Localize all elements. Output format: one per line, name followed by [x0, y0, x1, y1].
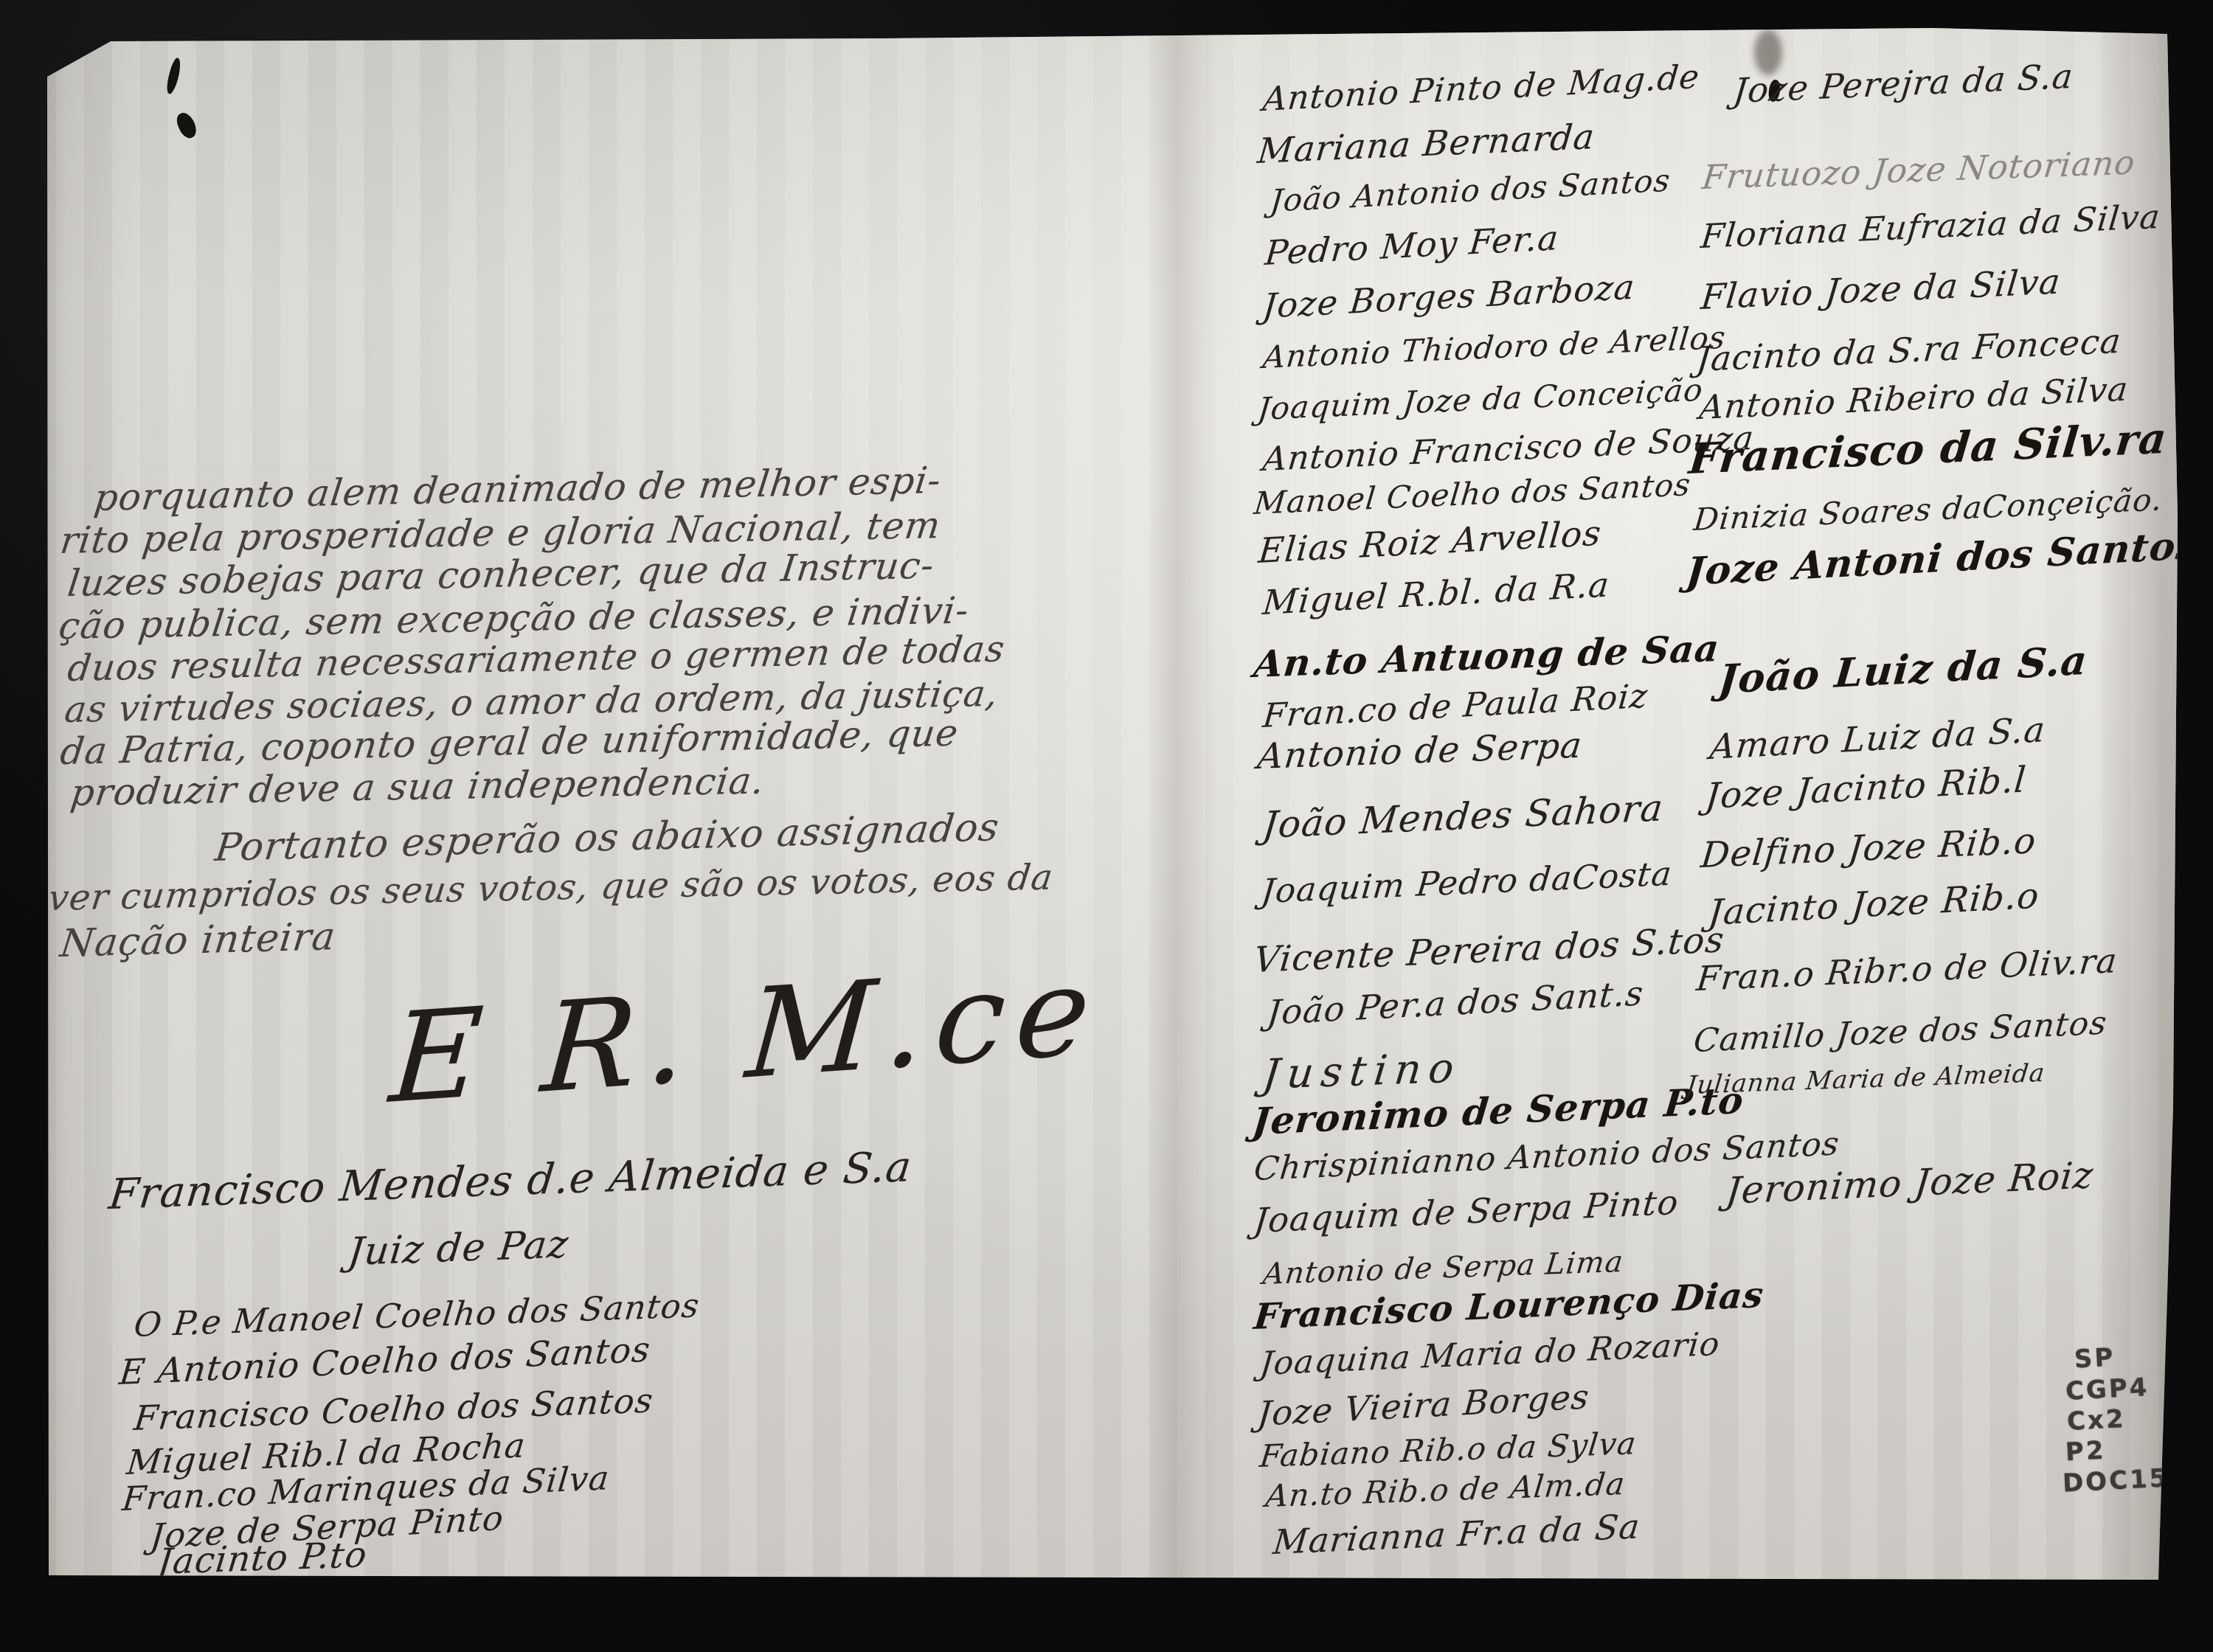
ink-blot — [164, 57, 183, 95]
signature: Justino — [1261, 1048, 1464, 1096]
signature: Joaquim Pedro daCosta — [1260, 857, 1674, 908]
signature: Joze Perejra da S.a — [1732, 59, 2075, 108]
signature: Frutuozo Joze Notoriano — [1701, 146, 2137, 194]
manuscript-line: Nação inteira — [58, 917, 338, 963]
signature: João Mendes Sahora — [1261, 789, 1666, 844]
signature: Joze Jacinto Rib.l — [1704, 762, 2028, 814]
signature: Vicente Pereira dos S.tos — [1253, 922, 1726, 978]
manuscript-line: ver cumpridos os seus votos, que são os … — [46, 860, 1055, 916]
signature: An.to Antuong de Saa — [1252, 630, 1721, 683]
signature: Joaquim de Serpa Pinto — [1253, 1185, 1680, 1238]
signature: Joze Vieira Borges — [1256, 1380, 1591, 1431]
signature: Francisco Coelho dos Santos — [133, 1384, 655, 1435]
signature: Fran.o Ribr.o de Oliv.ra — [1695, 943, 2119, 996]
signature: Antonio Ribeiro da Silva — [1698, 372, 2130, 424]
signatory-title: Juiz de Paz — [346, 1226, 570, 1271]
signature: João Luiz da S.a — [1717, 640, 2090, 699]
signature: Mariana Bernarda — [1256, 119, 1596, 169]
archive-mark-line: P2 — [2065, 1436, 2107, 1468]
flourish-heading: E R. M.ce — [387, 948, 1104, 1121]
signature: An.to Rib.o de Alm.da — [1264, 1468, 1627, 1512]
signature: Antonio Thiodoro de Arellos — [1261, 322, 1728, 373]
manuscript-line: Portanto esperão os abaixo assignados — [213, 808, 1002, 867]
signature: Floriana Eufrazia da Silva — [1700, 200, 2162, 253]
signature: Elias Roiz Arvellos — [1257, 516, 1603, 569]
signature: Jacinto Joze Rib.o — [1707, 878, 2041, 931]
signature: Jacinto da S.ra Fonceca — [1695, 324, 2123, 376]
manuscript-line: produzir deve a sua independencia. — [69, 763, 766, 811]
archive-mark-line: CGP4 — [2065, 1372, 2150, 1406]
signature: Antonio de Serpa — [1256, 728, 1584, 774]
archive-mark-line: DOC15 — [2062, 1463, 2169, 1499]
signature: Joaquina Maria do Rozario — [1258, 1328, 1722, 1381]
signature: Joze Borges Barboza — [1261, 270, 1637, 323]
signature: Miguel R.bl. da R.a — [1261, 568, 1611, 619]
signature: Antonio Pinto de Mag.de — [1261, 60, 1701, 116]
signature: Marianna Fr.a da Sa — [1272, 1509, 1642, 1559]
signature: Julianna Maria de Almeida — [1685, 1061, 2046, 1098]
signature: Joze Antoni dos Santos — [1685, 527, 2200, 591]
signature: Delfino Joze Rib.o — [1700, 823, 2038, 873]
signature: Jacinto P.to — [156, 1537, 369, 1580]
signatory-name: Francisco Mendes d.e Almeida e S.a — [107, 1146, 914, 1216]
signature: Flavio Joze da Silva — [1700, 265, 2063, 315]
signature: Fran.co de Paula Roiz — [1261, 679, 1649, 732]
signature: Camillo Joze dos Santos — [1692, 1007, 2108, 1058]
archive-mark-line: SP — [2074, 1343, 2116, 1375]
ink-blot — [174, 110, 200, 141]
signature: Amaro Luiz da S.a — [1708, 712, 2047, 765]
signature: João Per.a dos Sant.s — [1266, 976, 1645, 1029]
signature: Joaquim Joze da Conceição — [1256, 375, 1705, 425]
archive-mark-line: Cx2 — [2066, 1404, 2127, 1437]
manuscript-paper-sheet: porquanto alem deanimado de melhor espi-… — [0, 0, 2213, 1652]
signature: Fabiano Rib.o da Sylva — [1258, 1428, 1638, 1472]
signature: Pedro Moy Fer.a — [1264, 221, 1560, 270]
scanned-manuscript-screenshot: porquanto alem deanimado de melhor espi-… — [0, 0, 2213, 1652]
signature: Manoel Coelho dos Santos — [1253, 469, 1692, 519]
signature: João Antonio dos Santos — [1269, 165, 1672, 217]
